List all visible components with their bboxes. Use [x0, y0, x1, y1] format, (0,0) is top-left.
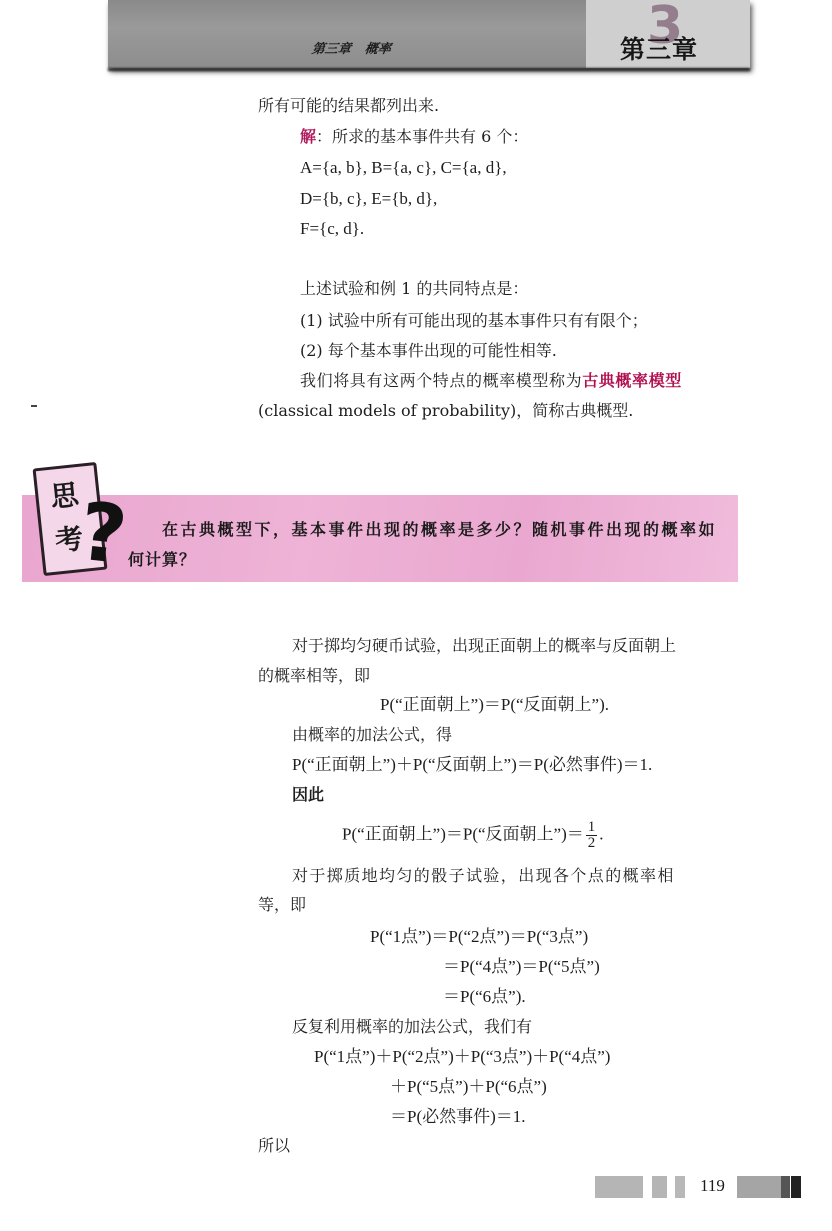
- think-badge-char-1: 思: [48, 473, 80, 516]
- coin-equation-3-end: .: [599, 824, 603, 843]
- question-mark-icon: ?: [76, 492, 131, 576]
- think-question-line-1: 在古典概型下，基本事件出现的概率是多少？随机事件出现的概率如: [162, 517, 717, 540]
- dice-sum-line-1: P(“1点”)＋P(“2点”)＋P(“3点”)＋P(“4点”): [314, 1047, 610, 1067]
- footer-bar-block-3: [675, 1176, 685, 1198]
- one-half-fraction: 12: [586, 820, 598, 851]
- intro-tail: 所有可能的结果都列出来.: [258, 96, 439, 116]
- therefore-label: 因此: [292, 785, 324, 805]
- dice-equation-line-3: ＝P(“6点”).: [443, 987, 526, 1007]
- feature-item-1: (1) 试验中所有可能出现的基本事件只有有限个；: [300, 311, 648, 331]
- think-question-line-2: 何计算？: [128, 547, 196, 570]
- definition-pre: 我们将具有这两个特点的概率模型称为: [300, 371, 582, 390]
- page-number: 119: [700, 1176, 725, 1196]
- features-lead: 上述试验和例 1 的共同特点是：: [300, 279, 528, 299]
- footer-bar-block-1: [595, 1176, 643, 1198]
- dice-sum-line-2: ＋P(“5点”)＋P(“6点”): [390, 1077, 547, 1097]
- dice-sum-line-3: ＝P(必然事件)＝1.: [390, 1107, 526, 1127]
- coin-equation-2: P(“正面朝上”)＋P(“反面朝上”)＝P(必然事件)＝1.: [292, 755, 652, 775]
- fraction-numerator: 1: [586, 820, 598, 836]
- running-title-chapter: 第三章: [311, 42, 352, 57]
- footer-bar-block-6: [791, 1176, 801, 1198]
- solution-line: 解：所求的基本事件共有 6 个：: [300, 127, 528, 147]
- coin-equation-3: P(“正面朝上”)＝P(“反面朝上”)＝12.: [342, 820, 604, 851]
- feature-item-2: (2) 每个基本事件出现的可能性相等.: [300, 341, 557, 361]
- events-line-3: F={c, d}.: [300, 219, 364, 239]
- events-line-2: D={b, c}, E={b, d},: [300, 189, 437, 209]
- dice-para-line-2: 等，即: [258, 895, 306, 915]
- definition-term: 古典概率模型: [582, 371, 682, 390]
- so-label: 所以: [258, 1136, 290, 1156]
- fraction-denominator: 2: [586, 836, 598, 851]
- dice-equation-line-1: P(“1点”)＝P(“2点”)＝P(“3点”): [370, 927, 588, 947]
- addition-lead: 由概率的加法公式，得: [292, 725, 452, 745]
- coin-para-line-1: 对于掷均匀硬币试验，出现正面朝上的概率与反面朝上: [292, 636, 676, 656]
- dice-equation-line-2: ＝P(“4点”)＝P(“5点”): [443, 957, 600, 977]
- definition-line-1: 我们将具有这两个特点的概率模型称为古典概率模型: [300, 371, 682, 391]
- dice-para-line-1: 对于掷质地均匀的骰子试验，出现各个点的概率相: [292, 866, 675, 886]
- coin-equation-3-left: P(“正面朝上”)＝P(“反面朝上”)＝: [342, 824, 584, 843]
- footer-bar-block-5: [781, 1176, 790, 1198]
- definition-line-2: (classical models of probability)，简称古典概型…: [258, 401, 633, 421]
- footer-bar-block-4: [737, 1176, 781, 1198]
- chapter-label: 第三章: [620, 30, 698, 66]
- solution-label: 解: [300, 127, 316, 146]
- coin-equation-1: P(“正面朝上”)＝P(“反面朝上”).: [380, 695, 609, 715]
- coin-para-line-2: 的概率相等，即: [258, 666, 370, 686]
- running-title: 第三章概率: [311, 38, 407, 57]
- stray-mark: [31, 405, 37, 407]
- repeat-addition-lead: 反复利用概率的加法公式，我们有: [292, 1017, 532, 1037]
- solution-text: ：所求的基本事件共有 6 个：: [316, 127, 528, 146]
- running-title-topic: 概率: [364, 42, 392, 57]
- events-line-1: A={a, b}, B={a, c}, C={a, d},: [300, 158, 507, 178]
- footer-bar-block-2: [652, 1176, 667, 1198]
